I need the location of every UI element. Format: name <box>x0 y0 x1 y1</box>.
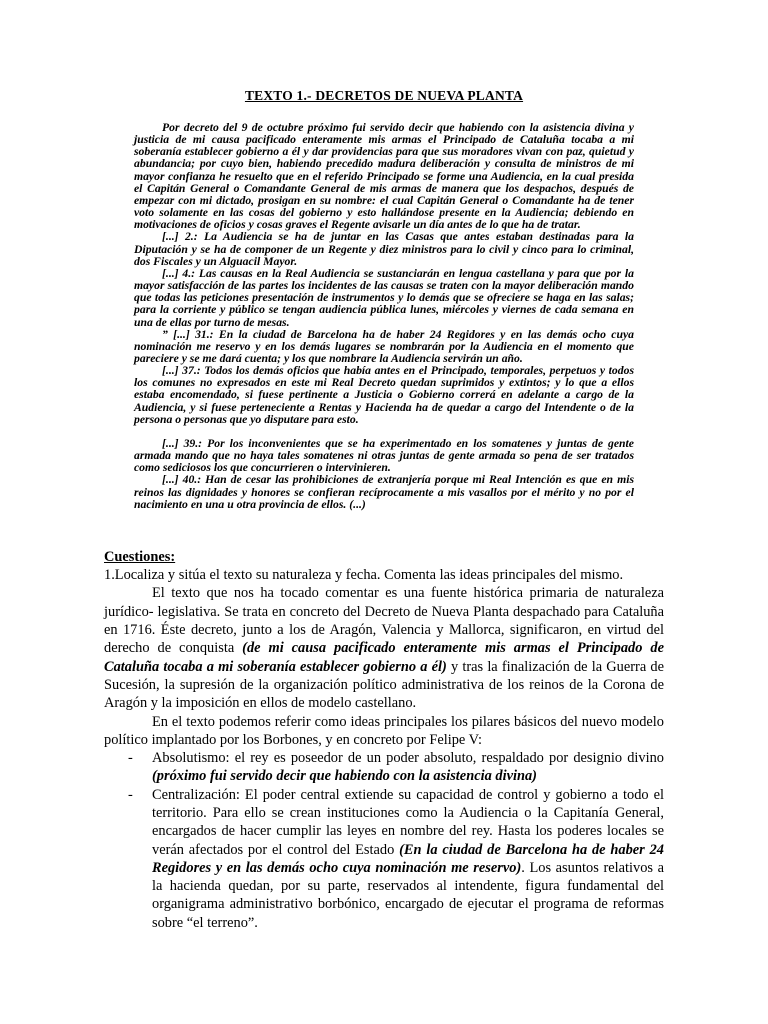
answer-paragraph-2: En el texto podemos referir como ideas p… <box>104 713 664 750</box>
bullet-item-centralizacion: - Centralización: El poder central extie… <box>128 786 664 932</box>
bullet-absolutismo-citation: (próximo fui servido decir que habiendo … <box>152 768 537 784</box>
decree-paragraph-intro: Por decreto del 9 de octubre próximo fui… <box>134 122 634 231</box>
bullet-absolutismo-body: Absolutismo: el rey es poseedor de un po… <box>152 750 664 766</box>
decree-paragraph-art4: [...] 4.: Las causas en la Real Audienci… <box>134 268 634 329</box>
bullet-absolutismo-text: Absolutismo: el rey es poseedor de un po… <box>152 749 664 786</box>
questions-section: Cuestiones: 1.Localiza y sitúa el texto … <box>104 548 664 932</box>
document-title: TEXTO 1.- DECRETOS DE NUEVA PLANTA <box>104 88 664 104</box>
bullet-centralizacion-text: Centralización: El poder central extiend… <box>152 786 664 932</box>
decree-quote-block: Por decreto del 9 de octubre próximo fui… <box>134 122 634 511</box>
questions-heading: Cuestiones: <box>104 548 664 566</box>
decree-paragraph-art39: [...] 39.: Por los inconvenientes que se… <box>134 438 634 474</box>
ideas-bullet-list: - Absolutismo: el rey es poseedor de un … <box>104 749 664 932</box>
decree-paragraph-art37: [...] 37.: Todos los demás oficios que h… <box>134 365 634 426</box>
bullet-item-absolutismo: - Absolutismo: el rey es poseedor de un … <box>128 749 664 786</box>
decree-paragraph-art31: ” [...] 31.: En la ciudad de Barcelona h… <box>134 329 634 365</box>
question-1: 1.Localiza y sitúa el texto su naturalez… <box>104 566 664 584</box>
answer-paragraph-1: El texto que nos ha tocado comentar es u… <box>104 584 664 712</box>
bullet-dash: - <box>128 749 152 786</box>
document-page: TEXTO 1.- DECRETOS DE NUEVA PLANTA Por d… <box>0 0 768 1024</box>
decree-paragraph-art2: [...] 2.: La Audiencia se ha de juntar e… <box>134 231 634 267</box>
decree-paragraph-art40: [...] 40.: Han de cesar las prohibicione… <box>134 474 634 510</box>
bullet-dash: - <box>128 786 152 932</box>
